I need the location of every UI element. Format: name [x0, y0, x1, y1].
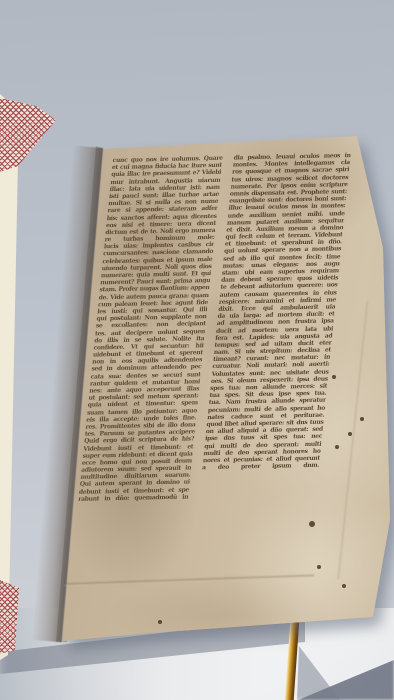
- wormhole-stain: [309, 521, 315, 527]
- wormhole-stain: [335, 445, 339, 449]
- wormhole-stain: [332, 375, 336, 379]
- photo-of-manuscript: cunc quo nos ire uolumus. Quareet cui ma…: [0, 0, 394, 700]
- manuscript-text-line: a deo preter ipsum dnm.: [202, 462, 320, 472]
- wormhole-stain: [317, 565, 321, 569]
- wormhole-stain: [342, 584, 346, 588]
- wormhole-stain: [360, 417, 364, 421]
- wormhole-stain: [348, 432, 352, 436]
- manuscript-text-block: cunc quo nos ire uolumus. Quareet cui ma…: [78, 152, 351, 503]
- wormhole-stain: [158, 620, 162, 624]
